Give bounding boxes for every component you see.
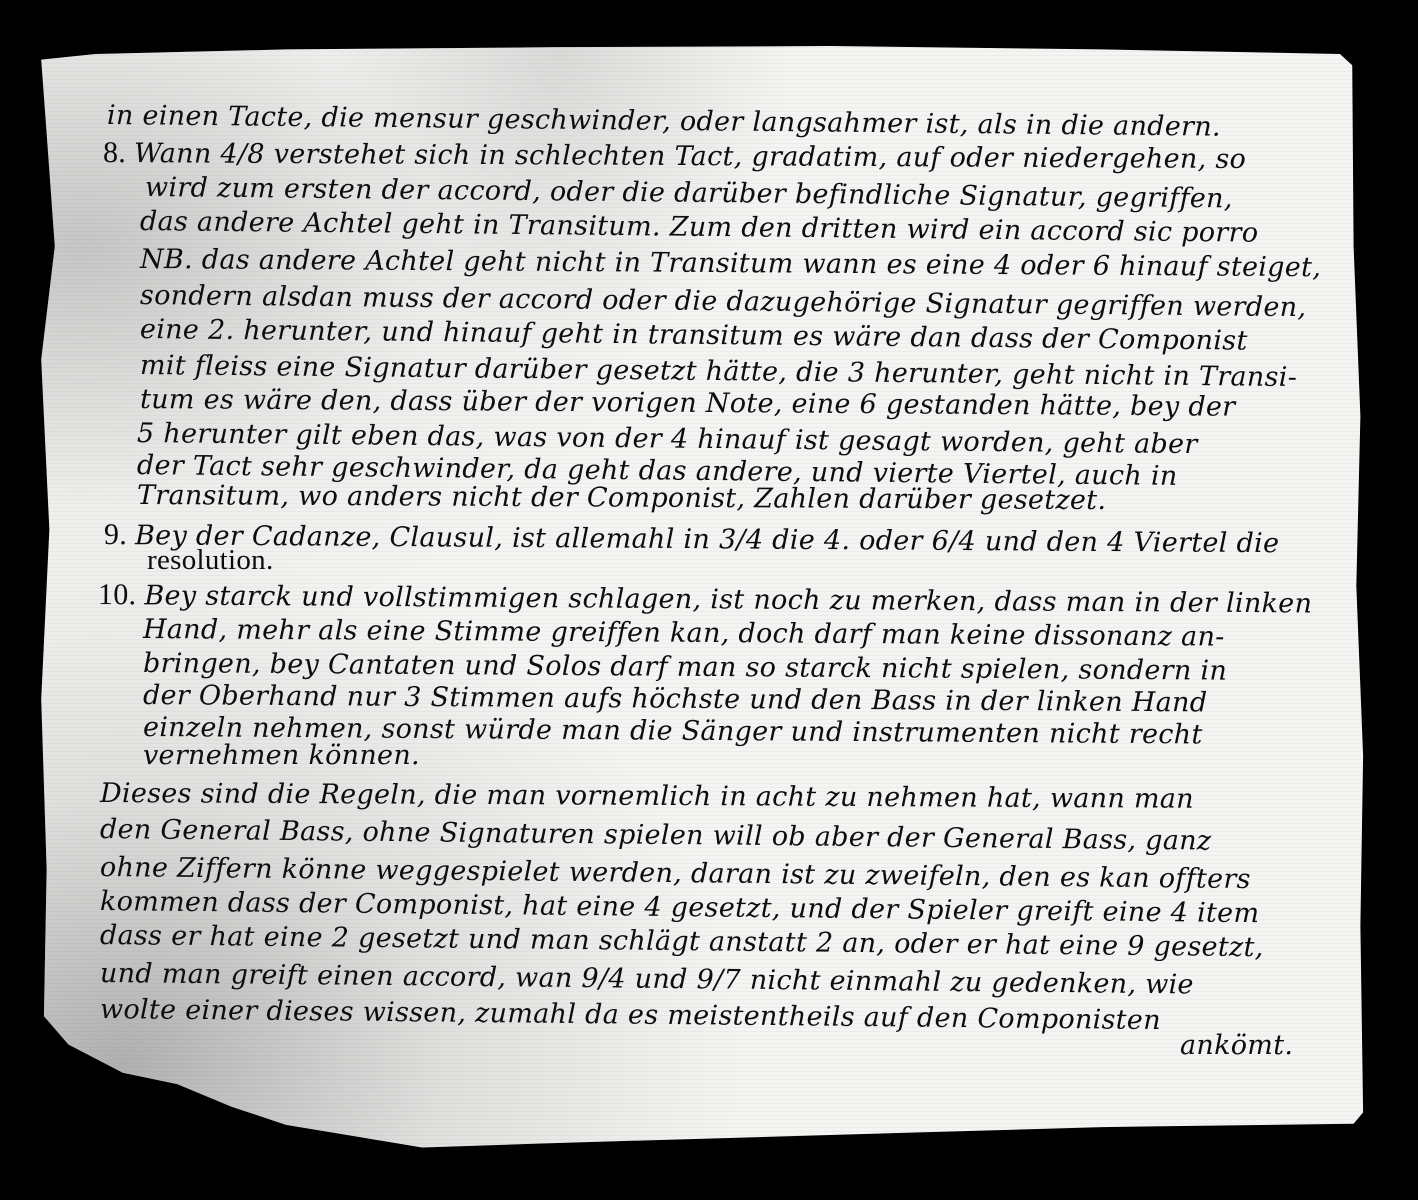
line-text: resolution. xyxy=(147,544,274,576)
manuscript-line-item-8: 8.Wann 4/8 verstehet sich in schlechten … xyxy=(103,136,1246,176)
item-number: 10. xyxy=(98,578,137,611)
line-text: Bey der Cadanze, Clausul, ist allemahl i… xyxy=(135,520,1279,559)
line-text: vernehmen können. xyxy=(143,740,420,771)
item-number: 8. xyxy=(103,136,126,169)
manuscript-line: resolution. xyxy=(147,544,274,577)
line-text: ankömt. xyxy=(1180,1030,1293,1061)
manuscript-line: Dieses sind die Regeln, die man vornemli… xyxy=(100,778,1194,815)
line-text: Dieses sind die Regeln, die man vornemli… xyxy=(100,778,1194,815)
item-number: 9. xyxy=(104,518,127,551)
line-text: Transitum, wo anders nicht der Componist… xyxy=(137,480,1106,516)
manuscript-line: Transitum, wo anders nicht der Componist… xyxy=(137,480,1106,516)
line-text: Wann 4/8 verstehet sich in schlechten Ta… xyxy=(134,138,1246,175)
manuscript-line-closing: ankömt. xyxy=(1180,1030,1293,1061)
manuscript-line: vernehmen können. xyxy=(143,740,420,771)
